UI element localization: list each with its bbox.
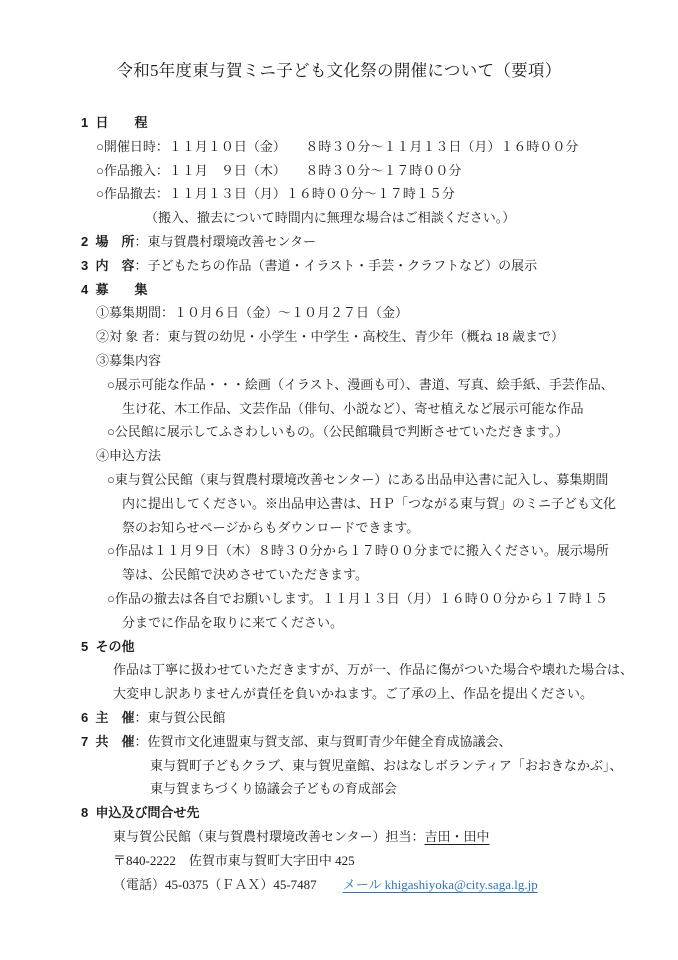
section-heading-line: 8 申込及び問合せ先 [0, 801, 678, 825]
text-segment: ○作品は１１月９日（木）８時３０分から１７時００分までに搬入ください。展示場所 [107, 543, 609, 558]
text-segment: 〒840-2222 佐賀市東与賀町大字田中 425 [113, 853, 355, 868]
text-segment: 大変申し訳ありませんが責任を負いかねます。ご了承の上、作品を提出ください。 [113, 686, 593, 701]
doc-line: （電話）45-0375（ＦＡＸ）45-7487 メール khigashiyoka… [0, 873, 678, 897]
text-segment: 内に提出してください。※出品申込書は、ＨＰ「つながる東与賀」のミニ子ども文化 [122, 496, 616, 511]
document-lines: 1 日 程○開催日時：１１月１０日（金） ８時３０分～１１月１３日（月）１６時０… [0, 111, 678, 896]
section-heading-text: 1 日 程 [81, 115, 147, 130]
section-heading-line: 3 内 容：子どもたちの作品（書道・イラスト・手芸・クラフトなど）の展示 [0, 254, 678, 278]
doc-line: ②対 象 者：東与賀の幼児・小学生・中学生・高校生、青少年（概ね 18 歳まで） [0, 325, 678, 349]
text-segment: ：子どもたちの作品（書道・イラスト・手芸・クラフトなど）の展示 [134, 258, 537, 273]
email-link[interactable]: メール khigashiyoka@city.saga.lg.jp [343, 877, 538, 892]
doc-line: 祭のお知らせページからもダウンロードできます。 [0, 516, 678, 540]
section-heading-line: 1 日 程 [0, 111, 678, 135]
section-heading-line: 2 場 所：東与賀農村環境改善センター [0, 230, 678, 254]
doc-line: 等は、公民館で決めさせていただきます。 [0, 563, 678, 587]
section-heading-line: 7 共 催：佐賀市文化連盟東与賀支部、東与賀町青少年健全育成協議会、 [0, 730, 678, 754]
section-heading-line: 5 その他 [0, 635, 678, 659]
doc-line: ○作品撤去：１１月１３日（月）１６時００分～１７時１５分 [0, 182, 678, 206]
section-heading-text: 6 主 催 [81, 710, 134, 725]
text-segment: ：東与賀農村環境改善センター [134, 234, 315, 249]
text-segment: 生け花、木工作品、文芸作品（俳句、小説など）、寄せ植えなど展示可能な作品 [122, 401, 584, 416]
text-segment: 祭のお知らせページからもダウンロードできます。 [122, 520, 419, 535]
text-segment: ②対 象 者：東与賀の幼児・小学生・中学生・高校生、青少年（概ね 18 歳まで） [96, 329, 564, 344]
doc-line: 分までに作品を取りに来てください。 [0, 611, 678, 635]
doc-line: 大変申し訳ありませんが責任を負いかねます。ご了承の上、作品を提出ください。 [0, 682, 678, 706]
section-heading-text: 8 申込及び問合せ先 [81, 805, 199, 820]
text-segment: ：佐賀市文化連盟東与賀支部、東与賀町青少年健全育成協議会、 [134, 734, 511, 749]
section-heading-text: 7 共 催 [81, 734, 134, 749]
doc-line: ○東与賀公民館（東与賀農村環境改善センター）にある出品申込書に記入し、募集期間 [0, 468, 678, 492]
doc-line: ○開催日時：１１月１０日（金） ８時３０分～１１月１３日（月）１６時００分 [0, 135, 678, 159]
doc-line: ○作品は１１月９日（木）８時３０分から１７時００分までに搬入ください。展示場所 [0, 539, 678, 563]
document-page: 令和5年度東与賀ミニ子ども文化祭の開催について（要項） 1 日 程○開催日時：１… [0, 0, 678, 960]
text-segment: ：東与賀公民館 [134, 710, 225, 725]
section-heading-text: 3 内 容 [81, 258, 134, 273]
doc-line: ○作品の撤去は各自でお願いします。１１月１３日（月）１６時００分から１７時１５ [0, 587, 678, 611]
doc-line: 内に提出してください。※出品申込書は、ＨＰ「つながる東与賀」のミニ子ども文化 [0, 492, 678, 516]
text-segment: （搬入、撤去について時間内に無理な場合はご相談ください。） [145, 210, 515, 225]
text-segment: ○作品搬入：１１月 ９日（木） ８時３０分～１７時００分 [96, 163, 461, 178]
doc-line: 生け花、木工作品、文芸作品（俳句、小説など）、寄せ植えなど展示可能な作品 [0, 397, 678, 421]
text-segment: ○公民館に展示してふさわしいもの。（公民館職員で判断させていただきます。） [107, 424, 568, 439]
text-segment: 東与賀公民館（東与賀農村環境改善センター）担当： [113, 829, 424, 844]
text-segment: ①募集期間：１０月６日（金）～１０月２７日（金） [96, 305, 408, 320]
text-segment [317, 877, 343, 892]
text-segment: 分までに作品を取りに来てください。 [122, 615, 343, 630]
doc-line: 東与賀公民館（東与賀農村環境改善センター）担当：吉田・田中 [0, 825, 678, 849]
text-segment: ③募集内容 [96, 353, 161, 368]
section-heading-text: 5 その他 [81, 639, 134, 654]
doc-line: 東与賀町子どもクラブ、東与賀児童館、おはなしボランティア「おおきなかぶ」、 [0, 754, 678, 778]
text-segment: （電話）45-0375（ＦＡＸ）45-7487 [113, 877, 317, 892]
doc-line: ○展示可能な作品・・・絵画（イラスト、漫画も可）、書道、写真、絵手紙、手芸作品、 [0, 373, 678, 397]
doc-line: ○公民館に展示してふさわしいもの。（公民館職員で判断させていただきます。） [0, 420, 678, 444]
doc-line: ○作品搬入：１１月 ９日（木） ８時３０分～１７時００分 [0, 159, 678, 183]
doc-line: 作品は丁寧に扱わせていただきますが、万が一、作品に傷がついた場合や壊れた場合は、 [0, 658, 678, 682]
text-segment: 東与賀まちづくり協議会子どもの育成部会 [150, 781, 397, 796]
text-segment: ○東与賀公民館（東与賀農村環境改善センター）にある出品申込書に記入し、募集期間 [107, 472, 608, 487]
doc-line: ①募集期間：１０月６日（金）～１０月２７日（金） [0, 301, 678, 325]
text-segment: ○開催日時：１１月１０日（金） ８時３０分～１１月１３日（月）１６時００分 [96, 139, 578, 154]
text-segment: 作品は丁寧に扱わせていただきますが、万が一、作品に傷がついた場合や壊れた場合は、 [113, 662, 633, 677]
text-segment: 東与賀町子どもクラブ、東与賀児童館、おはなしボランティア「おおきなかぶ」、 [150, 758, 622, 773]
section-heading-text: 2 場 所 [81, 234, 134, 249]
doc-line: 〒840-2222 佐賀市東与賀町大字田中 425 [0, 849, 678, 873]
section-heading-text: 4 募 集 [81, 282, 147, 297]
text-segment: ○作品撤去：１１月１３日（月）１６時００分～１７時１５分 [96, 186, 455, 201]
page-title: 令和5年度東与賀ミニ子ども文化祭の開催について（要項） [0, 0, 678, 84]
contact-person-names: 吉田・田中 [424, 829, 489, 844]
text-segment: ④申込方法 [96, 448, 161, 463]
section-heading-line: 4 募 集 [0, 278, 678, 302]
text-segment: 等は、公民館で決めさせていただきます。 [122, 567, 368, 582]
text-segment: ○作品の撤去は各自でお願いします。１１月１３日（月）１６時００分から１７時１５ [107, 591, 608, 606]
text-segment: ○展示可能な作品・・・絵画（イラスト、漫画も可）、書道、写真、絵手紙、手芸作品、 [107, 377, 614, 392]
doc-line: （搬入、撤去について時間内に無理な場合はご相談ください。） [0, 206, 678, 230]
section-heading-line: 6 主 催：東与賀公民館 [0, 706, 678, 730]
doc-line: 東与賀まちづくり協議会子どもの育成部会 [0, 777, 678, 801]
doc-line: ③募集内容 [0, 349, 678, 373]
doc-line: ④申込方法 [0, 444, 678, 468]
